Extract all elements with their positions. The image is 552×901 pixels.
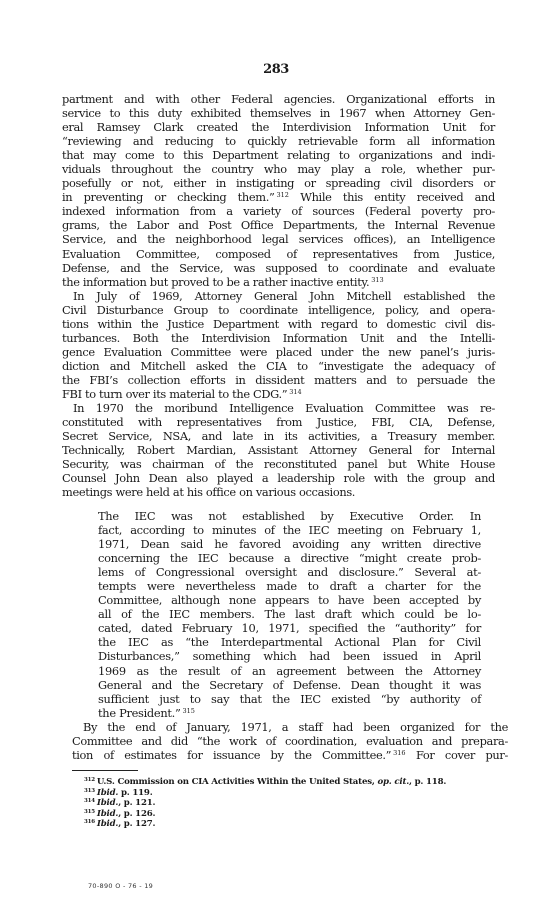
text-fragment: the information but proved to be a rathe… bbox=[62, 275, 369, 289]
quote-line: the IEC as “the Interdepartmental Action… bbox=[98, 635, 481, 649]
quote-line: sufficient just to say that the IEC exis… bbox=[98, 692, 481, 706]
footnote-312: 312U.S. Commission on CIA Activities Wit… bbox=[84, 777, 514, 788]
footnote-text: U.S. Commission on CIA Activities Within… bbox=[97, 777, 378, 787]
text-line: Civil Disturbance Group to coordinate in… bbox=[62, 303, 495, 317]
footnote-number: 312 bbox=[84, 777, 95, 783]
text-line: that may come to this Department relatin… bbox=[62, 148, 495, 162]
paragraph-start-line: In July of 1969, Attorney General John M… bbox=[62, 289, 495, 303]
text-fragment: For cover pur- bbox=[416, 748, 508, 762]
main-body-text: partment and with other Federal agencies… bbox=[62, 92, 495, 499]
text-line: “reviewing and reducing to quickly retri… bbox=[62, 134, 495, 148]
text-line: turbances. Both the Interdivision Inform… bbox=[62, 331, 495, 345]
text-line: tions within the Justice Department with… bbox=[62, 317, 495, 331]
footnote-ref-315[interactable]: 315 bbox=[183, 707, 195, 715]
text-line: Security, was chairman of the reconstitu… bbox=[62, 457, 495, 471]
footnote-text: , p. 118. bbox=[409, 777, 446, 787]
footnote-italic-text: Ibid. bbox=[97, 798, 118, 808]
text-line: service to this duty exhibited themselve… bbox=[62, 106, 495, 120]
text-line: Committee and did “the work of coordinat… bbox=[72, 734, 508, 748]
paragraph-start-line: In 1970 the moribund Intelligence Evalua… bbox=[62, 401, 495, 415]
closing-paragraph: By the end of January, 1971, a staff had… bbox=[72, 720, 508, 762]
footnote-number: 315 bbox=[84, 809, 95, 815]
text-line-with-footnote: tion of estimates for issuance by the Co… bbox=[72, 748, 508, 762]
page-number: 283 bbox=[0, 62, 552, 77]
quote-line: The IEC was not established by Executive… bbox=[98, 509, 481, 523]
text-fragment: FBI to turn over its material to the CDG… bbox=[62, 387, 287, 401]
footnote-italic-text: Ibid. bbox=[97, 819, 118, 829]
text-fragment: While this entity received and bbox=[300, 190, 495, 204]
text-fragment: tion of estimates for issuance by the Co… bbox=[72, 748, 391, 762]
text-line-with-footnote: the information but proved to be a rathe… bbox=[62, 275, 495, 289]
print-job-code: 70-890 O - 76 - 19 bbox=[88, 882, 153, 890]
quote-line-with-footnote: the President.”315 bbox=[98, 706, 481, 720]
quote-line: concerning the IEC because a directive “… bbox=[98, 551, 481, 565]
footnote-divider bbox=[72, 770, 138, 771]
footnote-ref-316[interactable]: 316 bbox=[393, 749, 405, 757]
footnote-italic-text: op. cit. bbox=[377, 777, 409, 787]
text-line: indexed information from a variety of so… bbox=[62, 204, 495, 218]
footnote-text: , p. 127. bbox=[118, 819, 155, 829]
text-line: diction and Mitchell asked the CIA to “i… bbox=[62, 359, 495, 373]
footnote-text: , p. 126. bbox=[118, 809, 155, 819]
text-line: Service, and the neighborhood legal serv… bbox=[62, 232, 495, 246]
quote-line: 1971, Dean said he favored avoiding any … bbox=[98, 537, 481, 551]
text-line-with-footnote: in preventing or checking them.”312 Whil… bbox=[62, 190, 495, 204]
text-line: Evaluation Committee, composed of repres… bbox=[62, 247, 495, 261]
text-line: the FBI’s collection efforts in dissiden… bbox=[62, 373, 495, 387]
footnote-316: 316Ibid., p. 127. bbox=[84, 819, 514, 830]
text-fragment: the President.” bbox=[98, 706, 181, 720]
quote-line: Committee, although none appears to have… bbox=[98, 593, 481, 607]
text-line: eral Ramsey Clark created the Interdivis… bbox=[62, 120, 495, 134]
text-line: Counsel John Dean also played a leadersh… bbox=[62, 471, 495, 485]
footnote-text: p. 119. bbox=[118, 788, 152, 798]
footnote-315: 315Ibid., p. 126. bbox=[84, 809, 514, 820]
footnote-314: 314Ibid., p. 121. bbox=[84, 798, 514, 809]
quote-line: fact, according to minutes of the IEC me… bbox=[98, 523, 481, 537]
footnotes-section: 312U.S. Commission on CIA Activities Wit… bbox=[84, 777, 514, 830]
text-line: grams, the Labor and Post Office Departm… bbox=[62, 218, 495, 232]
quote-line: lems of Congressional oversight and disc… bbox=[98, 565, 481, 579]
text-line: Technically, Robert Mardian, Assistant A… bbox=[62, 443, 495, 457]
footnote-ref-313[interactable]: 313 bbox=[371, 276, 383, 284]
text-line: posefully or not, either in instigating … bbox=[62, 176, 495, 190]
quote-line: tempts were nevertheless made to draft a… bbox=[98, 579, 481, 593]
footnote-italic-text: Ibid. bbox=[97, 788, 118, 798]
quote-line: General and the Secretary of Defense. De… bbox=[98, 678, 481, 692]
footnote-313: 313Ibid. p. 119. bbox=[84, 788, 514, 799]
paragraph-start-line: By the end of January, 1971, a staff had… bbox=[72, 720, 508, 734]
quote-line: 1969 as the result of an agreement betwe… bbox=[98, 664, 481, 678]
text-fragment: in preventing or checking them.” bbox=[62, 190, 274, 204]
text-line: partment and with other Federal agencies… bbox=[62, 92, 495, 106]
quote-line: Disturbances,” something which had been … bbox=[98, 649, 481, 663]
footnote-italic-text: Ibid. bbox=[97, 809, 118, 819]
footnote-ref-314[interactable]: 314 bbox=[289, 388, 301, 396]
footnote-number: 313 bbox=[84, 788, 95, 794]
text-line: Secret Service, NSA, and late in its act… bbox=[62, 429, 495, 443]
quote-line: all of the IEC members. The last draft w… bbox=[98, 607, 481, 621]
text-line: Defense, and the Service, was supposed t… bbox=[62, 261, 495, 275]
text-line-with-footnote: FBI to turn over its material to the CDG… bbox=[62, 387, 495, 401]
quote-line: cated, dated February 10, 1971, specifie… bbox=[98, 621, 481, 635]
footnote-number: 314 bbox=[84, 798, 95, 804]
text-line: viduals throughout the country who may p… bbox=[62, 162, 495, 176]
text-line: constituted with representatives from Ju… bbox=[62, 415, 495, 429]
footnote-text: , p. 121. bbox=[118, 798, 155, 808]
block-quote: The IEC was not established by Executive… bbox=[98, 509, 481, 720]
footnote-number: 316 bbox=[84, 819, 95, 825]
footnote-ref-312[interactable]: 312 bbox=[276, 191, 288, 199]
text-line: meetings were held at his office on vari… bbox=[62, 485, 495, 499]
text-line: gence Evaluation Committee were placed u… bbox=[62, 345, 495, 359]
